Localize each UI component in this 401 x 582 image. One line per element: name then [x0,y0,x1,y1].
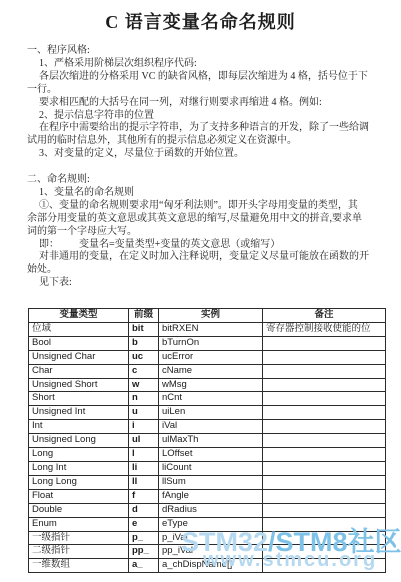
table-row: 一维数组 a_ a_chDispName[] [29,559,386,573]
doc-line: 试用的临时信息外，其他所有的提示信息必须定义在资源中。 [27,135,389,148]
col-header-example: 实例 [159,309,263,323]
cell-example: liCount [159,461,263,475]
doc-line: 一、程序风格: [27,45,389,58]
cell-variable-type: 二级指针 [29,545,129,559]
doc-title: C 语言变量名命名规则 [0,8,401,34]
table-row: Double d dRadius [29,503,386,517]
table-row: Long l LOffset [29,448,386,462]
header-row: 变量类型 前缀 实例 备注 [29,309,386,323]
cell-example: bitRXEN [159,322,263,336]
table-row: Long Int li liCount [29,461,386,475]
doc-line: ①、变量的命名规则要求用“匈牙利法则”。即开头字母用变量的类型，其 [27,200,389,213]
cell-remark [263,559,386,573]
cell-remark [263,545,386,559]
cell-example: nCnt [159,392,263,406]
cell-remark [263,434,386,448]
table-row: Unsigned Char uc ucError [29,350,386,364]
cell-prefix: l [129,448,159,462]
doc-line: 1、变量名的命名规则 [27,187,389,200]
cell-example: fAngle [159,489,263,503]
cell-prefix: li [129,461,159,475]
table-row: 位域 bit bitRXEN 寄存器控制接收使能的位 [29,322,386,336]
cell-prefix: i [129,420,159,434]
cell-prefix: w [129,378,159,392]
cell-remark [263,420,386,434]
cell-example: p_iVal [159,531,263,545]
doc-line: 要求相匹配的大括号在同一列，对继行则要求再缩进 4 格。例如: [27,97,389,110]
cell-remark [263,406,386,420]
cell-variable-type: 一维数组 [29,559,129,573]
cell-remark [263,517,386,531]
cell-variable-type: Char [29,364,129,378]
cell-remark [263,336,386,350]
cell-variable-type: Unsigned Int [29,406,129,420]
naming-table-body: 位域 bit bitRXEN 寄存器控制接收使能的位 Bool b bTurnO… [29,322,386,572]
cell-example: ulMaxTh [159,434,263,448]
cell-prefix: f [129,489,159,503]
cell-prefix: c [129,364,159,378]
table-row: Enum e eType [29,517,386,531]
doc-line: 2、提示信息字符串的位置 [27,110,389,123]
table-row: Char c cName [29,364,386,378]
cell-variable-type: 一级指针 [29,531,129,545]
col-header-remark: 备注 [263,309,386,323]
cell-prefix: pp_ [129,545,159,559]
table-row: Bool b bTurnOn [29,336,386,350]
cell-prefix: ul [129,434,159,448]
table-row: Float f fAngle [29,489,386,503]
table-row: Unsigned Int u uiLen [29,406,386,420]
cell-variable-type: Unsigned Long [29,434,129,448]
cell-prefix: e [129,517,159,531]
cell-remark: 寄存器控制接收使能的位 [263,322,386,336]
cell-example: uiLen [159,406,263,420]
cell-remark [263,461,386,475]
doc-line: 3、对变量的定义，尽量位于函数的开始位置。 [27,148,389,161]
cell-variable-type: Bool [29,336,129,350]
cell-example: pp_iVal [159,545,263,559]
cell-example: wMsg [159,378,263,392]
cell-remark [263,531,386,545]
doc-line: 词的第一个字母应大写。 [27,226,389,239]
table-row: Unsigned Short w wMsg [29,378,386,392]
cell-example: bTurnOn [159,336,263,350]
cell-variable-type: 位域 [29,322,129,336]
cell-prefix: n [129,392,159,406]
doc-line: 一行。 [27,84,389,97]
cell-variable-type: Unsigned Short [29,378,129,392]
doc-line: 对非通用的变量，在定义时加入注释说明，变量定义尽量可能放在函数的开 [27,251,389,264]
cell-remark [263,475,386,489]
cell-variable-type: Long [29,448,129,462]
cell-remark [263,350,386,364]
doc-line: 始处。 [27,264,389,277]
cell-prefix: u [129,406,159,420]
doc-line [27,161,389,174]
cell-variable-type: Unsigned Char [29,350,129,364]
cell-prefix: p_ [129,531,159,545]
cell-variable-type: Enum [29,517,129,531]
cell-example: LOffset [159,448,263,462]
cell-prefix: uc [129,350,159,364]
table-row: Short n nCnt [29,392,386,406]
table-row: 二级指针 pp_ pp_iVal [29,545,386,559]
cell-remark [263,503,386,517]
cell-variable-type: Float [29,489,129,503]
doc-line: 见下表: [27,277,389,290]
doc-line: 二、命名规则: [27,174,389,187]
col-header-variable-type: 变量类型 [29,309,129,323]
col-header-prefix: 前缀 [129,309,159,323]
cell-example: dRadius [159,503,263,517]
cell-prefix: d [129,503,159,517]
table-row: Int i iVal [29,420,386,434]
cell-variable-type: Long Long [29,475,129,489]
cell-prefix: a_ [129,559,159,573]
cell-remark [263,378,386,392]
cell-variable-type: Long Int [29,461,129,475]
cell-example: cName [159,364,263,378]
cell-variable-type: Double [29,503,129,517]
cell-example: iVal [159,420,263,434]
table-row: Long Long ll llSum [29,475,386,489]
doc-line: 余部分用变量的英文意思或其英文意思的缩写,尽量避免用中文的拼音,要求单 [27,213,389,226]
naming-table-header: 变量类型 前缀 实例 备注 [29,309,386,323]
cell-variable-type: Short [29,392,129,406]
cell-example: a_chDispName[] [159,559,263,573]
doc-line: 即： 变量名=变量类型+变量的英文意思（或缩写） [27,239,389,252]
doc-line: 各层次缩进的分格采用 VC 的缺省风格，即每层次缩进为 4 格，括号位于下 [27,71,389,84]
doc-line: 1、严格采用阶梯层次组织程序代码: [27,58,389,71]
cell-example: llSum [159,475,263,489]
cell-prefix: ll [129,475,159,489]
doc-body: 一、程序风格: 1、严格采用阶梯层次组织程序代码: 各层次缩进的分格采用 VC … [27,45,389,290]
cell-prefix: bit [129,322,159,336]
naming-table: 变量类型 前缀 实例 备注 位域 bit bitRXEN 寄存器控制接收使能的位… [28,308,386,573]
cell-remark [263,392,386,406]
cell-variable-type: Int [29,420,129,434]
doc-line: 在程序中需要给出的提示字符串，为了支持多种语言的开发，除了一些给调 [27,122,389,135]
cell-example: ucError [159,350,263,364]
cell-remark [263,448,386,462]
document-page: C 语言变量名命名规则 一、程序风格: 1、严格采用阶梯层次组织程序代码: 各层… [0,0,401,582]
cell-remark [263,364,386,378]
table-row: 一级指针 p_ p_iVal [29,531,386,545]
table-row: Unsigned Long ul ulMaxTh [29,434,386,448]
cell-prefix: b [129,336,159,350]
cell-remark [263,489,386,503]
cell-example: eType [159,517,263,531]
